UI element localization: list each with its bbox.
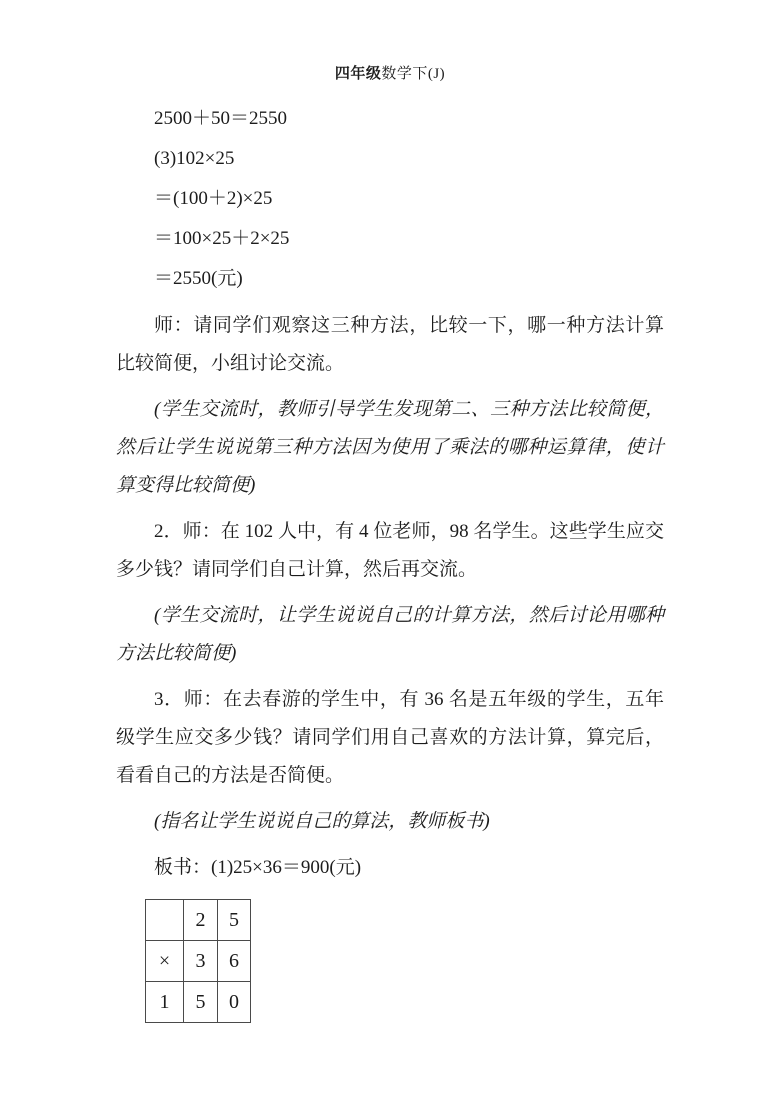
table-row: × 3 6 [146, 941, 251, 982]
teacher-dialog-3: 3．师：在去春游的学生中，有 36 名是五年级的学生，五年级学生应交多少钱？请同… [116, 681, 664, 795]
equation-line-4: ＝100×25＋2×25 [116, 219, 664, 259]
table-cell: 5 [184, 982, 218, 1023]
header-course-title: 四年级 [335, 64, 382, 82]
equation-line-1: 2500＋50＝2550 [116, 99, 664, 139]
teaching-note-1: (学生交流时，教师引导学生发现第二、三种方法比较简便，然后让学生说说第三种方法因… [116, 391, 664, 505]
document-page: 四年级数学下(J) 2500＋50＝2550 (3)102×25 ＝(100＋2… [0, 0, 780, 1103]
table-cell: 2 [184, 900, 218, 941]
table-cell [146, 900, 184, 941]
equation-line-5: ＝2550(元) [116, 259, 664, 299]
teacher-dialog-2: 2．师：在 102 人中，有 4 位老师，98 名学生。这些学生应交多少钱？请同… [116, 513, 664, 589]
table-cell: 0 [218, 982, 251, 1023]
multiplication-worksheet-table: 2 5 × 3 6 1 5 0 [145, 899, 251, 1023]
table-cell: 6 [218, 941, 251, 982]
teacher-dialog-1: 师：请同学们观察这三种方法，比较一下，哪一种方法计算比较简便，小组讨论交流。 [116, 307, 664, 383]
equation-line-2: (3)102×25 [116, 139, 664, 179]
page-header: 四年级数学下(J) [0, 0, 780, 85]
board-writing-line: 板书：(1)25×36＝900(元) [116, 849, 664, 887]
table-cell: 5 [218, 900, 251, 941]
teaching-note-3: (指名让学生说说自己的算法，教师板书) [116, 803, 664, 841]
table-cell: 1 [146, 982, 184, 1023]
document-body: 2500＋50＝2550 (3)102×25 ＝(100＋2)×25 ＝100×… [116, 99, 664, 1023]
header-course-subtitle: 数学下(J) [381, 66, 445, 82]
table-row: 1 5 0 [146, 982, 251, 1023]
table-row: 2 5 [146, 900, 251, 941]
table-cell: × [146, 941, 184, 982]
teaching-note-2: (学生交流时，让学生说说自己的计算方法，然后讨论用哪种方法比较简便) [116, 597, 664, 673]
table-cell: 3 [184, 941, 218, 982]
equation-line-3: ＝(100＋2)×25 [116, 179, 664, 219]
